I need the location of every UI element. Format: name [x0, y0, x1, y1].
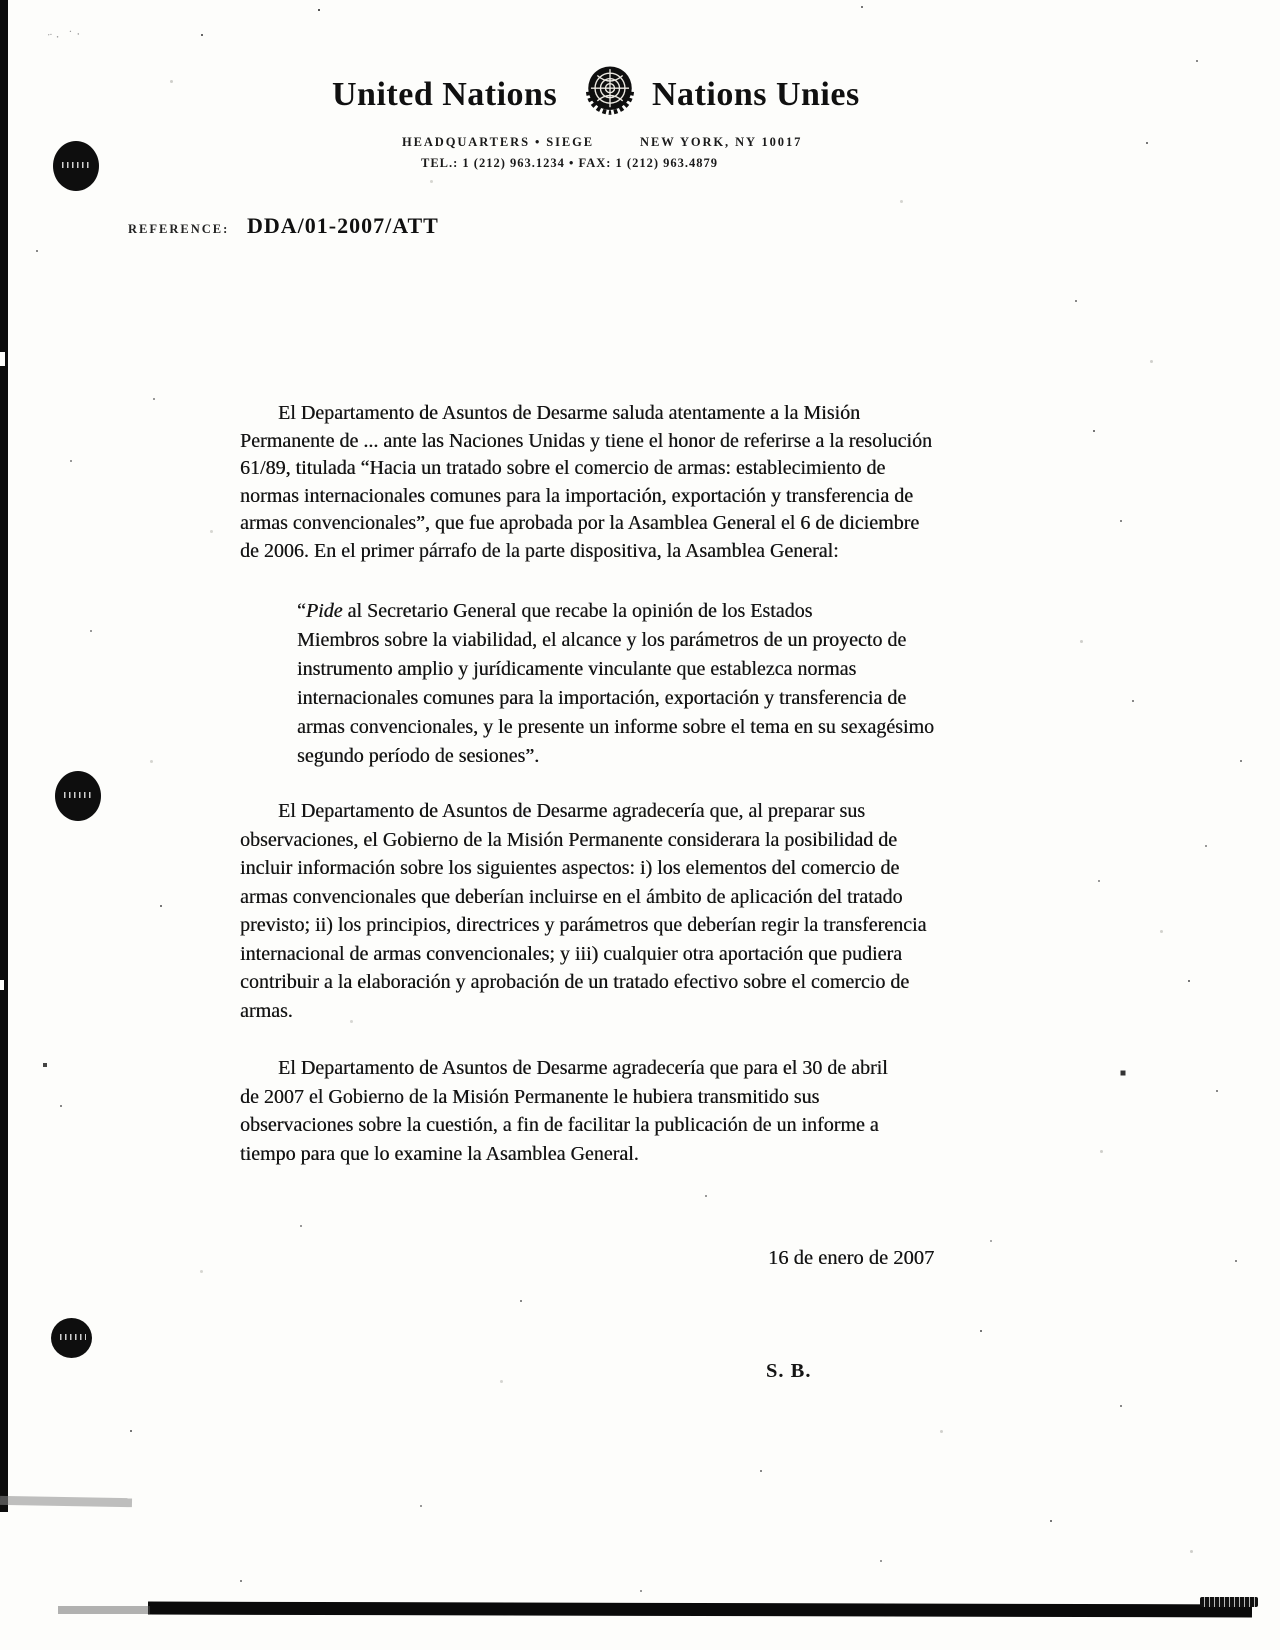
paragraph-introduction: El Departamento de Asuntos de Desarme sa… — [240, 400, 1080, 565]
pencil-marks: ¨· ˙· — [47, 26, 84, 47]
scan-bar-notch — [0, 352, 5, 366]
hole-punch-top — [53, 141, 99, 191]
punch-speckle — [64, 792, 94, 798]
scanned-letter-page: { "letterhead": { "name_en": "United Nat… — [0, 0, 1280, 1650]
bottom-scan-fade — [58, 1606, 150, 1614]
left-edge-scan-bar — [0, 0, 8, 1512]
reference-number: DDA/01-2007/ATT — [247, 213, 439, 239]
city-label: NEW YORK, NY 10017 — [640, 135, 802, 149]
date-line: 16 de enero de 2007 — [768, 1247, 934, 1270]
headquarters-label: HEADQUARTERS • SIEGE — [402, 135, 594, 149]
quote-open-mark: “ — [297, 600, 306, 622]
hole-punch-bottom — [51, 1318, 92, 1358]
reference-label: REFERENCE: — [128, 222, 229, 237]
quote-first-line: “Pide al Secretario General que recabe l… — [297, 597, 1087, 626]
un-emblem-icon — [581, 61, 639, 119]
quote-remaining-lines: Miembros sobre la viabilidad, el alcance… — [297, 626, 1087, 771]
scan-bar-notch — [0, 980, 4, 990]
quote-block: “Pide al Secretario General que recabe l… — [297, 597, 1087, 771]
hole-punch-middle — [55, 771, 101, 821]
punch-speckle — [60, 1334, 86, 1340]
signature-initials: S. B. — [766, 1360, 811, 1383]
letterhead-name-english: United Nations — [332, 76, 557, 114]
bottom-scan-bar — [148, 1602, 1252, 1618]
scan-smudge-band — [0, 1496, 132, 1507]
letterhead-name-french: Nations Unies — [652, 76, 860, 114]
scan-noise-light — [0, 0, 3, 3]
paragraph-deadline: El Departamento de Asuntos de Desarme ag… — [240, 1054, 1080, 1168]
letterhead-contact-line: TEL.: 1 (212) 963.1234 • FAX: 1 (212) 96… — [421, 156, 718, 171]
quote-lead-word: Pide — [306, 600, 343, 622]
paragraph-aspects: El Departamento de Asuntos de Desarme ag… — [240, 797, 1100, 1025]
punch-speckle — [62, 162, 92, 168]
letterhead-address-line: HEADQUARTERS • SIEGE NEW YORK, NY 10017 — [402, 135, 802, 150]
quote-first-line-rest: al Secretario General que recabe la opin… — [343, 600, 813, 622]
bottom-scan-blob — [1200, 1597, 1258, 1607]
